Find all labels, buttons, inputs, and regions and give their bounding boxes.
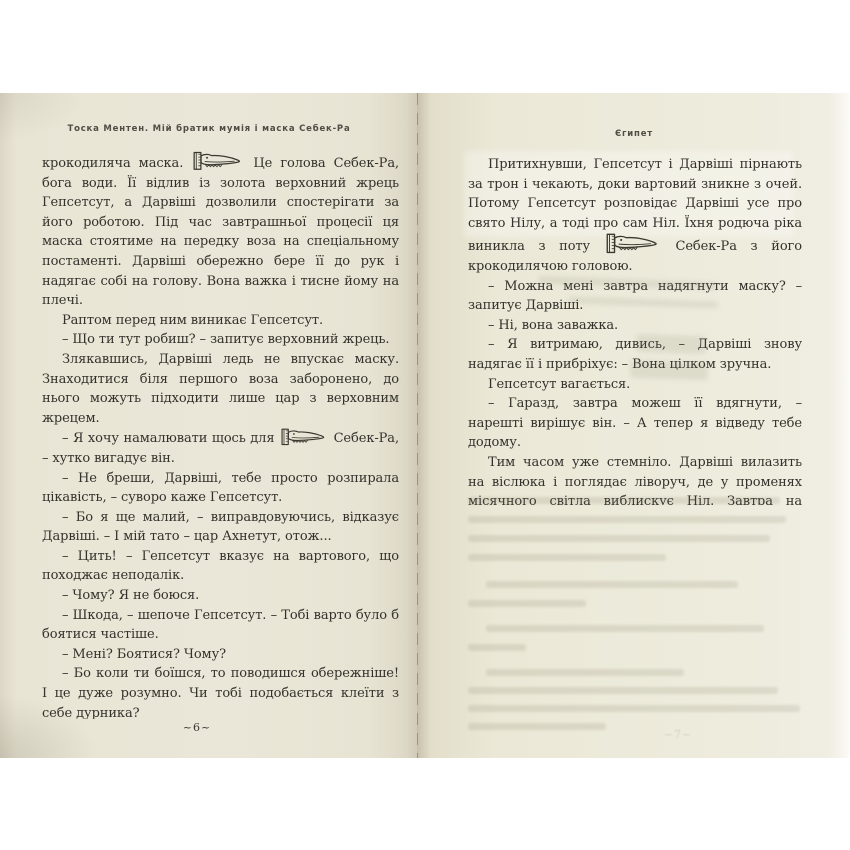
paragraph: – Ні, вона заважка. (468, 316, 802, 336)
paragraph: – Не бреши, Дарвіші, тебе просто розпира… (42, 469, 399, 508)
paragraph: – Гаразд, завтра можеш її вдягнути, – на… (468, 394, 802, 453)
bleed-through-line (468, 516, 786, 523)
bleed-through-line (468, 687, 778, 694)
paragraph: Злякавшись, Дарвіші ледь не впускає маск… (42, 350, 399, 428)
bleed-through-line (468, 497, 780, 504)
paragraph: – Бо я ще малий, – виправдовуючись, відк… (42, 508, 399, 547)
bleed-through-line (468, 600, 586, 607)
right-page: Єгипет Притихнувши, Гепсетсут і Дарвіші … (418, 93, 850, 758)
bleed-through-line (486, 581, 738, 588)
paragraph: – Я хочу намалювати щось для Себек-Ра, –… (42, 428, 399, 468)
bleed-through-line (468, 535, 770, 542)
right-running-header: Єгипет (418, 129, 850, 139)
paragraph: Раптом перед ним виникає Гепсетсут. (42, 311, 399, 331)
paragraph: – Чому? Я не боюся. (42, 586, 399, 606)
bleed-through-line (486, 669, 684, 676)
screenshot-root: { "left_page": { "running_header": "Тоск… (0, 0, 850, 850)
left-running-header: Тоска Ментен. Мій братик мумія і маска С… (0, 124, 418, 134)
bleed-through-line (468, 705, 800, 712)
paragraph: – Бо коли ти боїшся, то поводишся обереж… (42, 664, 399, 719)
sebek-ra-crocodile-icon (606, 233, 660, 254)
right-page-text-block: Притихнувши, Гепсетсут і Дарвіші пірнают… (468, 155, 802, 505)
book-photo: Тоска Ментен. Мій братик мумія і маска С… (0, 93, 850, 758)
paragraph: – Цить! – Гепсетсут вказує на вартового,… (42, 547, 399, 586)
paragraph: – Шкода, – шепоче Гепсетсут. – Тобі варт… (42, 606, 399, 645)
bleed-through-heading (636, 334, 707, 354)
paragraph: Притихнувши, Гепсетсут і Дарвіші пірнают… (468, 155, 802, 277)
left-page-text-block: крокодиляча маска. Це голова Себек-Ра, б… (42, 151, 399, 719)
paragraph: крокодиляча маска. Це голова Себек-Ра, б… (42, 151, 399, 311)
bleed-through-line (468, 723, 606, 730)
left-page: Тоска Ментен. Мій братик мумія і маска С… (0, 93, 418, 758)
paragraph: – Що ти тут робиш? – запитує верховний ж… (42, 330, 399, 350)
bleed-through-line (468, 644, 526, 651)
paragraph: – Мені? Боятися? Чому? (42, 645, 399, 665)
right-page-number: ~7~ (648, 728, 708, 741)
bleed-through-heading (630, 360, 709, 381)
left-page-number: ~6~ (167, 721, 227, 734)
bleed-through-line (486, 625, 764, 632)
sebek-ra-crocodile-icon (281, 428, 327, 446)
bleed-through-line (468, 554, 666, 561)
sebek-ra-crocodile-icon (193, 151, 243, 171)
